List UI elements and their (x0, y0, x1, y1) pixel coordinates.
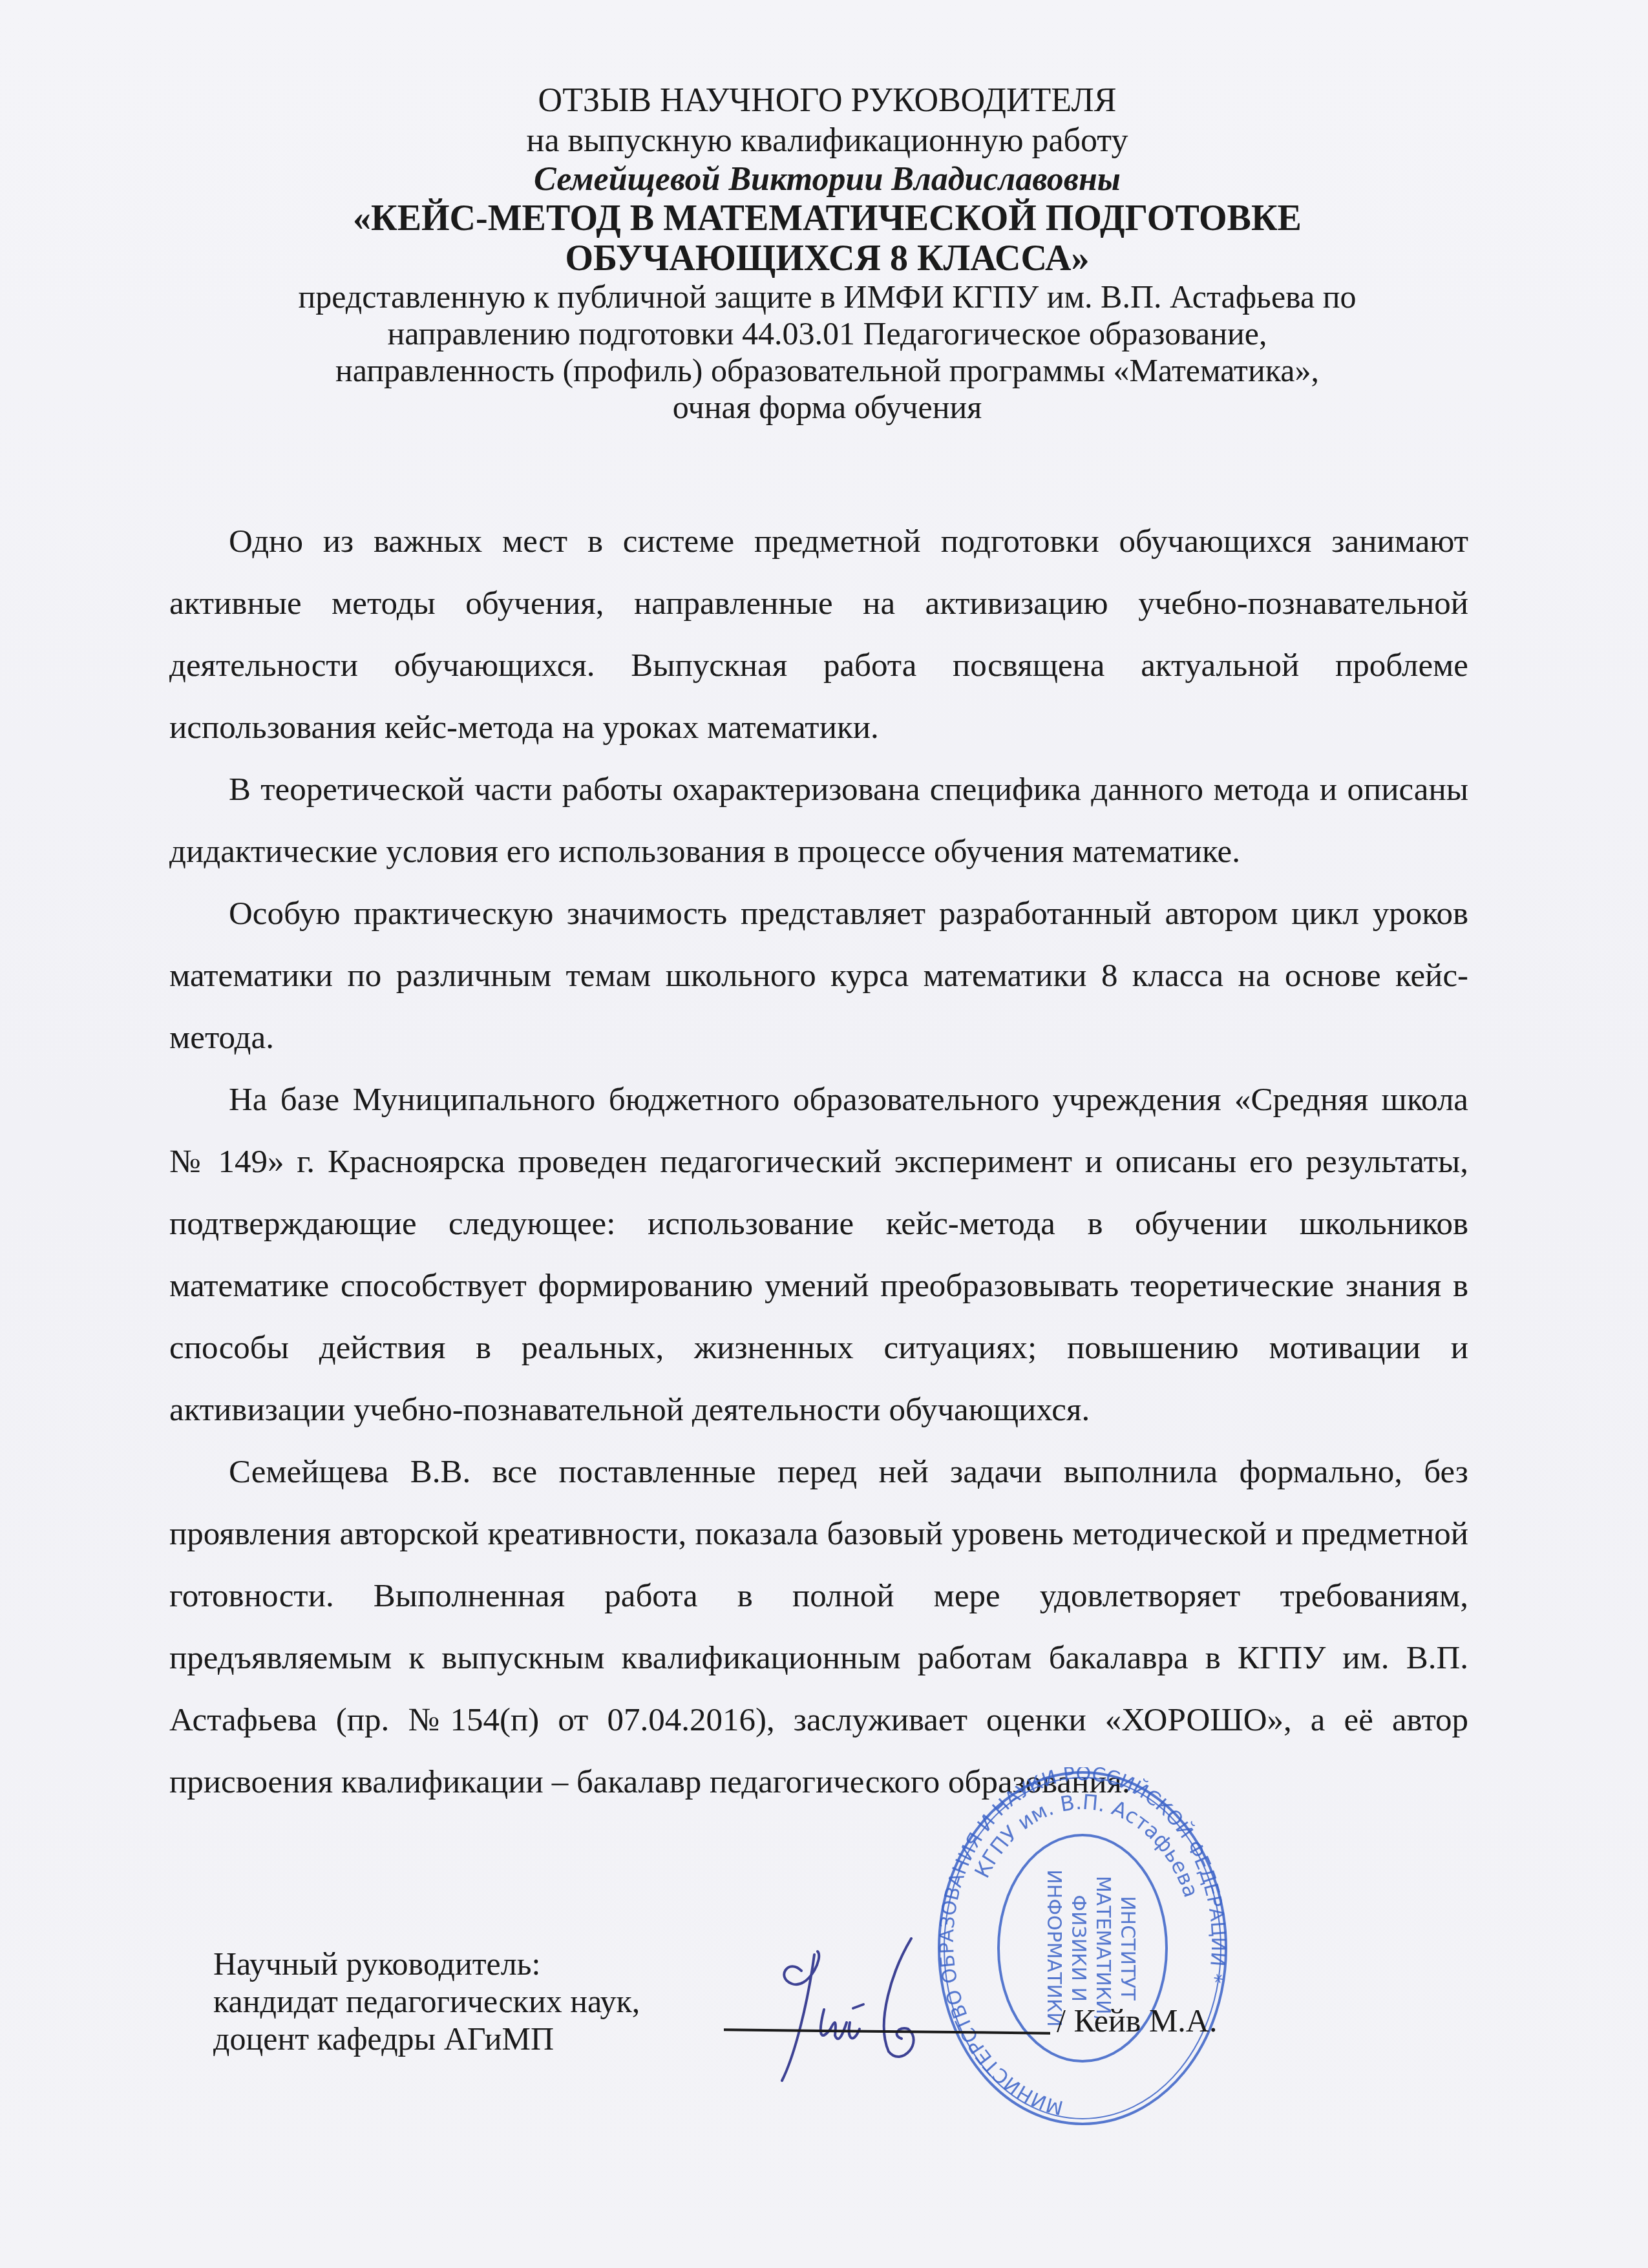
supervisor-role: Научный руководитель: (213, 1945, 640, 1982)
presented-line-1: представленную к публичной защите в ИМФИ… (181, 278, 1474, 315)
supervisor-info: Научный руководитель: кандидат педагогич… (213, 1945, 640, 2057)
svg-text:ИНСТИТУТ: ИНСТИТУТ (1116, 1896, 1139, 2000)
supervisor-degree: кандидат педагогических наук, (213, 1982, 640, 2020)
review-body: Одно из важных мест в системе предметной… (169, 510, 1468, 1813)
paragraph-experiment: На базе Муниципального бюджетного образо… (169, 1069, 1468, 1441)
supervisor-position: доцент кафедры АГиМП (213, 2020, 640, 2057)
document-title: ОТЗЫВ НАУЧНОГО РУКОВОДИТЕЛЯ (181, 81, 1474, 121)
svg-text:ФИЗИКИ И: ФИЗИКИ И (1067, 1895, 1090, 2002)
supervisor-name: / Кейв М.А. (1057, 2002, 1217, 2039)
signature-icon (763, 1932, 944, 2087)
document-subtitle: на выпускную квалификационную работу (181, 121, 1474, 161)
student-name: Семейщевой Виктории Владиславовны (181, 161, 1474, 198)
presented-line-3: направленность (профиль) образовательной… (181, 352, 1474, 389)
work-title-line-1: «КЕЙС-МЕТОД В МАТЕМАТИЧЕСКОЙ ПОДГОТОВКЕ (181, 198, 1474, 238)
document-header: ОТЗЫВ НАУЧНОГО РУКОВОДИТЕЛЯ на выпускную… (181, 81, 1474, 426)
svg-text:МАТЕМАТИКИ,: МАТЕМАТИКИ, (1092, 1876, 1114, 2021)
institution-stamp-icon: МИНИСТЕРСТВО ОБРАЗОВАНИЯ И НАУКИ РОССИЙС… (934, 1767, 1231, 2129)
presented-line-4: очная форма обучения (181, 389, 1474, 426)
paragraph-intro: Одно из важных мест в системе предметной… (169, 510, 1468, 759)
paragraph-theory: В теоретической части работы охарактериз… (169, 759, 1468, 883)
presented-line-2: направлению подготовки 44.03.01 Педагоги… (181, 315, 1474, 352)
paragraph-conclusion: Семейщева В.В. все поставленные перед не… (169, 1441, 1468, 1813)
paragraph-practice: Особую практическую значимость представл… (169, 883, 1468, 1069)
document-page: ОТЗЫВ НАУЧНОГО РУКОВОДИТЕЛЯ на выпускную… (0, 0, 1648, 2268)
work-title-line-2: ОБУЧАЮЩИХСЯ 8 КЛАССА» (181, 238, 1474, 278)
